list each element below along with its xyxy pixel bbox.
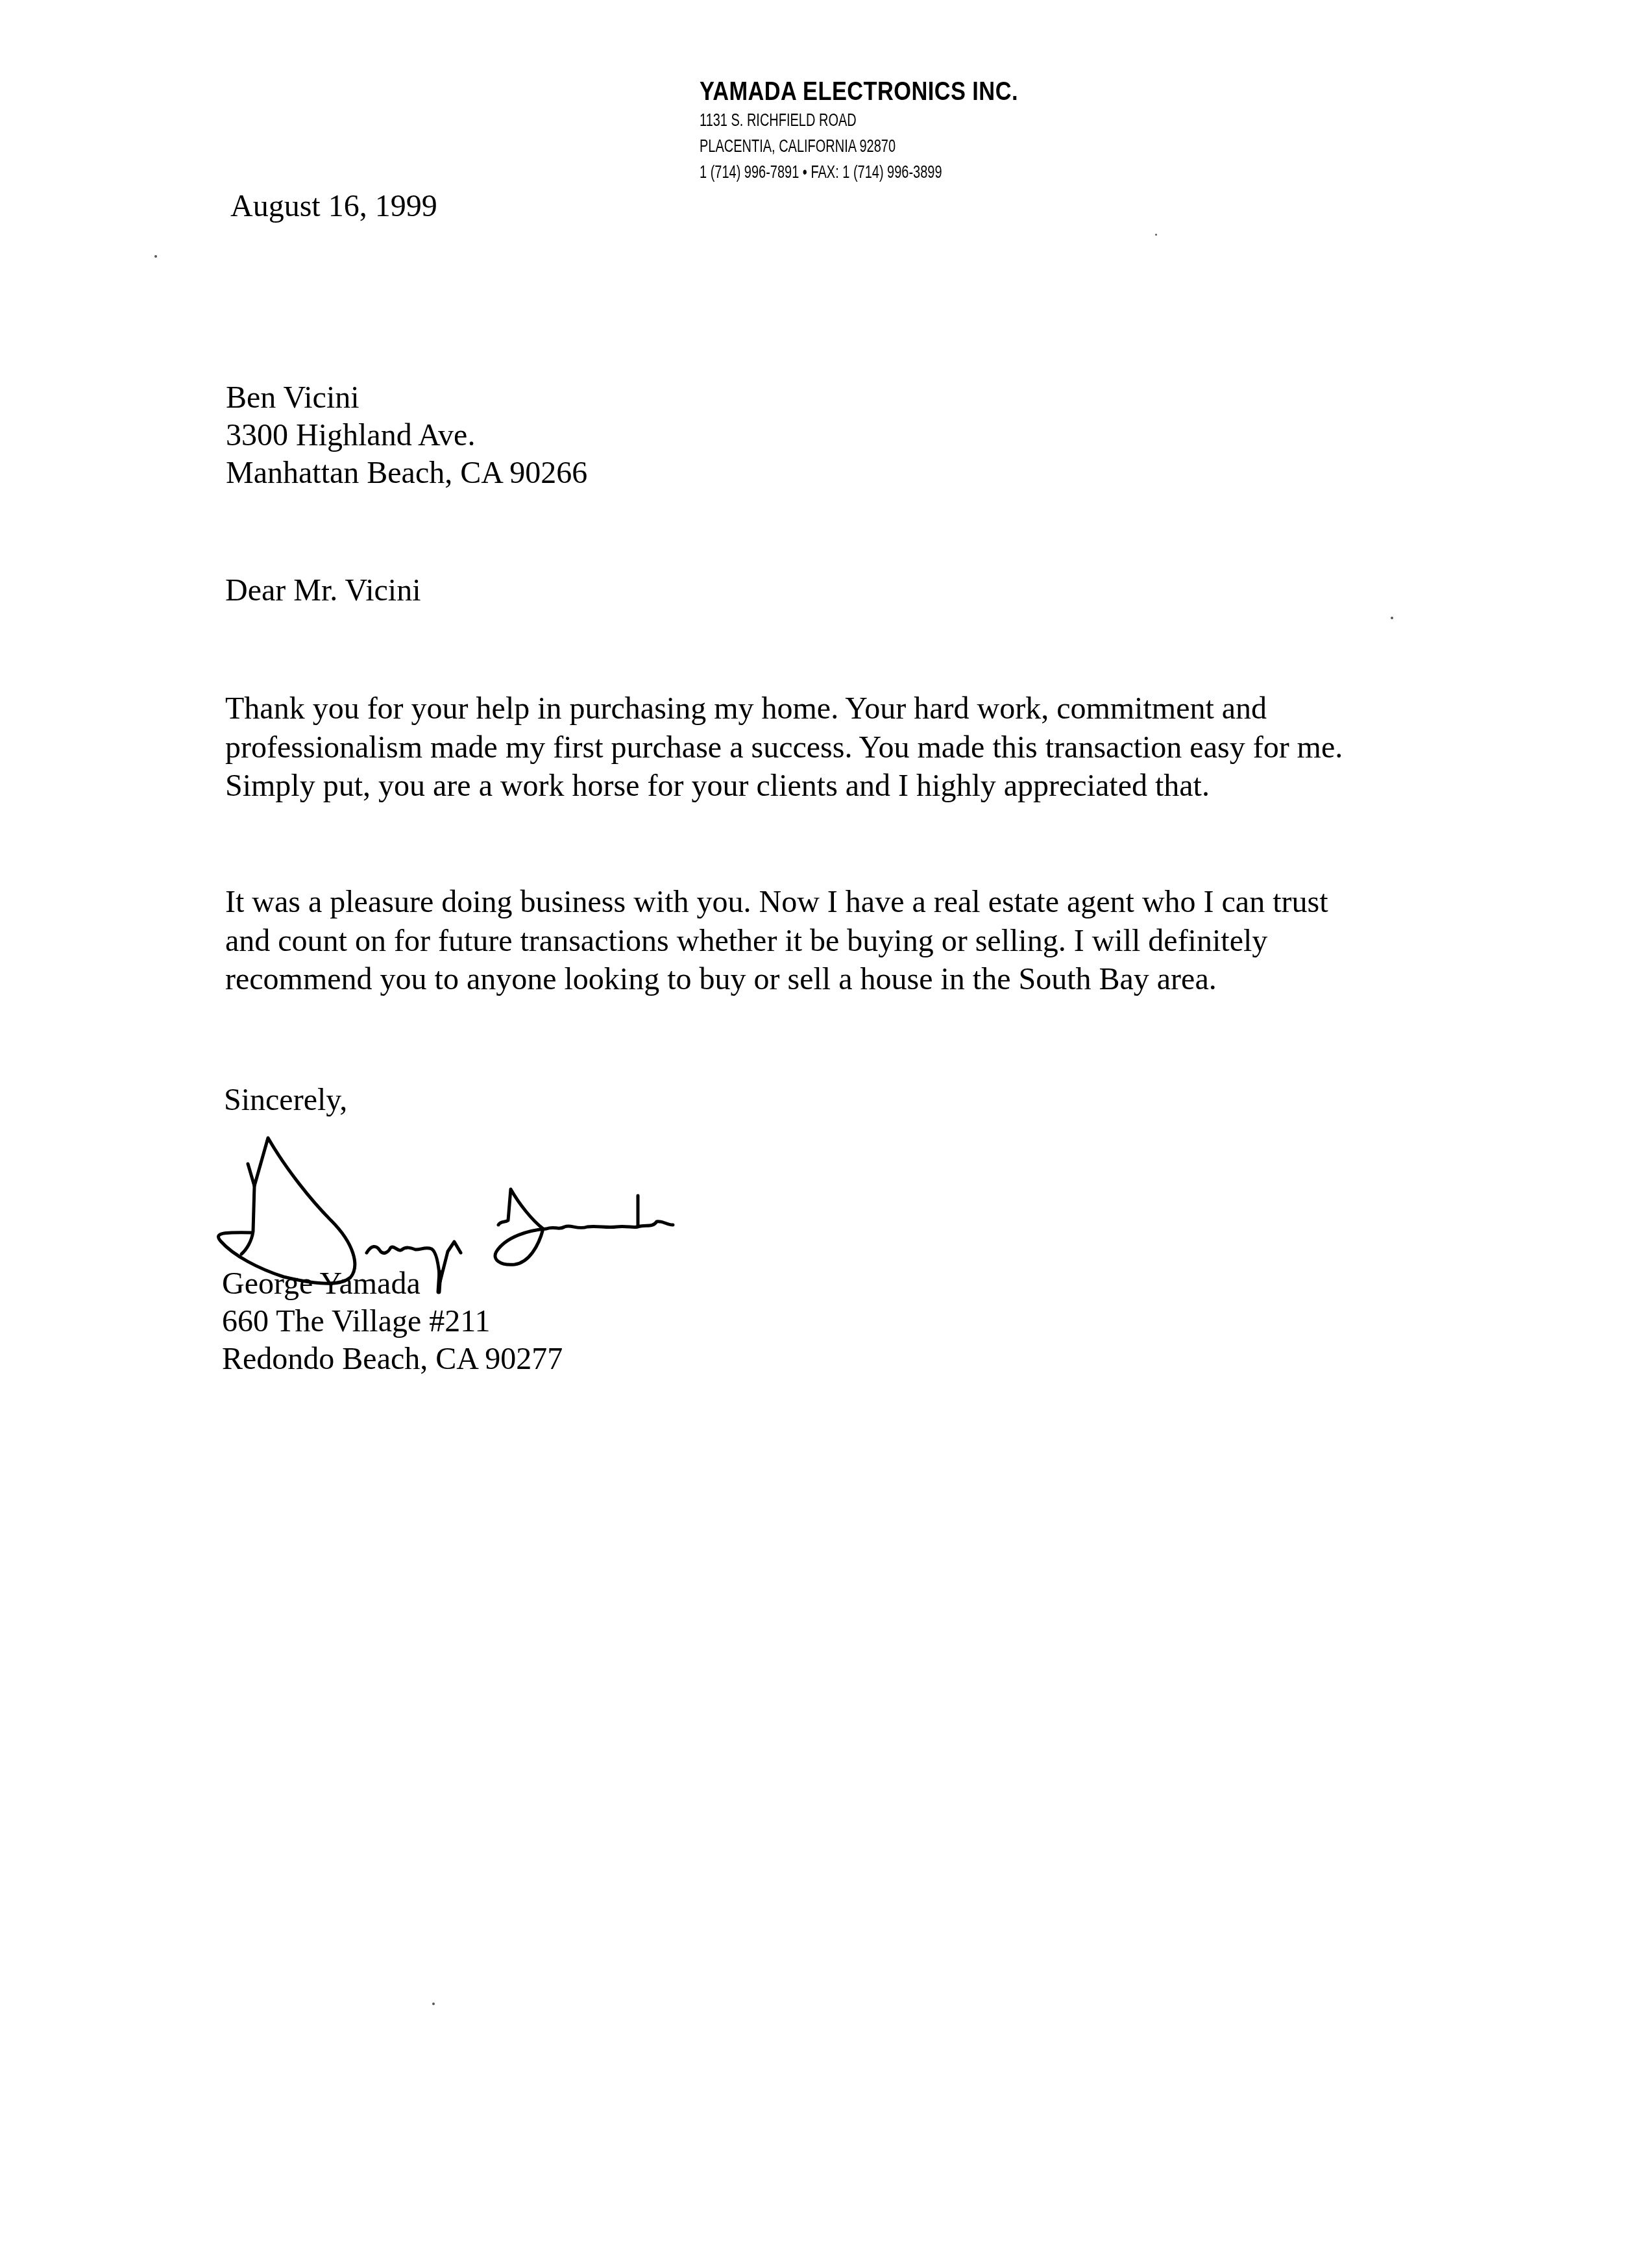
paragraph-line: Thank you for your help in purchasing my… — [225, 689, 1426, 728]
paragraph-line: recommend you to anyone looking to buy o… — [225, 960, 1426, 999]
signer-name: George Yamada — [222, 1265, 563, 1303]
scan-speck — [1155, 234, 1157, 236]
recipient-street: 3300 Highland Ave. — [226, 417, 587, 454]
letterhead-phone-fax: 1 (714) 996-7891 • FAX: 1 (714) 996-3899 — [700, 162, 942, 182]
signature-icon — [0, 0, 1647, 2268]
recipient-name: Ben Vicini — [226, 379, 587, 417]
closing: Sincerely, — [224, 1081, 347, 1119]
letter-date: August 16, 1999 — [230, 188, 437, 225]
paragraph-line: Simply put, you are a work horse for you… — [225, 767, 1426, 806]
body-paragraph-2: It was a pleasure doing business with yo… — [225, 883, 1426, 999]
recipient-address: Ben Vicini 3300 Highland Ave. Manhattan … — [226, 379, 587, 492]
paragraph-line: It was a pleasure doing business with yo… — [225, 883, 1426, 922]
scan-speck — [1391, 617, 1393, 619]
letterhead-address-line1: 1131 S. RICHFIELD ROAD — [700, 110, 857, 130]
signer-street: 660 The Village #211 — [222, 1303, 563, 1340]
paragraph-line: professionalism made my first purchase a… — [225, 728, 1426, 767]
letterhead-address-line2: PLACENTIA, CALIFORNIA 92870 — [700, 136, 896, 156]
signer-city: Redondo Beach, CA 90277 — [222, 1340, 563, 1378]
salutation: Dear Mr. Vicini — [225, 572, 421, 610]
signer-block: George Yamada 660 The Village #211 Redon… — [222, 1265, 563, 1378]
scan-speck — [432, 2003, 435, 2005]
paragraph-line: and count on for future transactions whe… — [225, 922, 1426, 961]
body-paragraph-1: Thank you for your help in purchasing my… — [225, 689, 1426, 806]
letterhead-company: YAMADA ELECTRONICS INC. — [700, 77, 1018, 106]
scan-speck — [154, 255, 157, 258]
recipient-city: Manhattan Beach, CA 90266 — [226, 454, 587, 492]
letter-page: YAMADA ELECTRONICS INC. 1131 S. RICHFIEL… — [0, 0, 1647, 2268]
